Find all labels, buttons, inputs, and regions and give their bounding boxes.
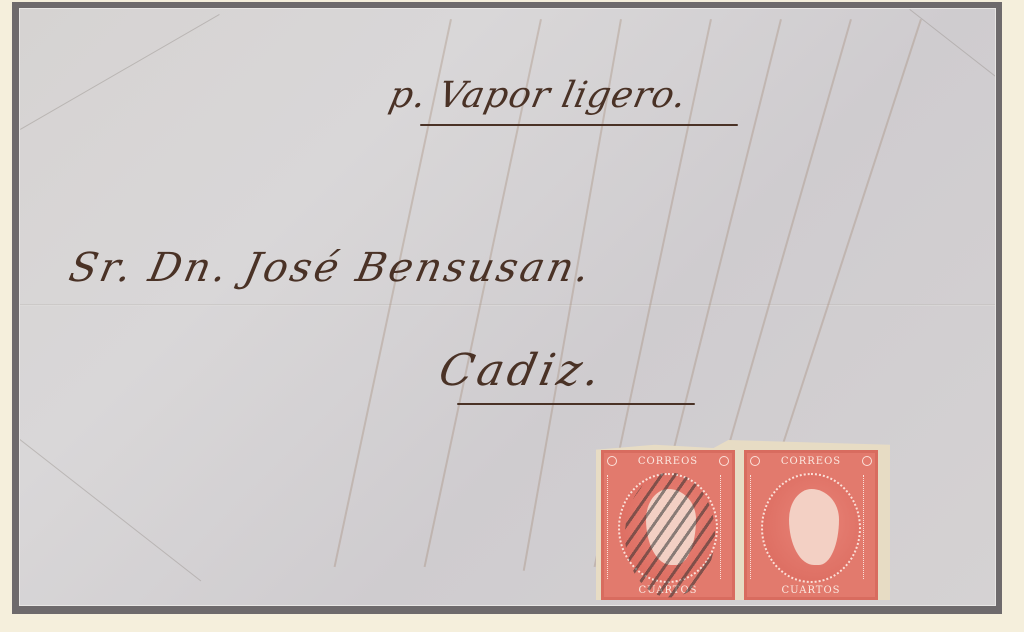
fold-crease-bottom-left [19, 439, 201, 581]
stamp-corner-ornament [607, 456, 617, 466]
stamp-corner-ornament [862, 456, 872, 466]
fold-crease-horizontal [20, 304, 995, 306]
routing-underline [420, 124, 738, 126]
stamp-corner-ornament [750, 456, 760, 466]
stamp-side-border [607, 475, 616, 579]
destination-city: Cadiz. [435, 345, 609, 396]
postage-stamp: CORREOS CUARTOS [744, 450, 878, 600]
stamp-bottom-label: CUARTOS [747, 585, 875, 596]
routing-instruction: p. Vapor ligero. [386, 75, 691, 116]
stamp-side-border [863, 475, 872, 579]
destination-underline [457, 403, 695, 405]
queen-portrait-icon [789, 489, 839, 565]
stamp-medallion [761, 473, 861, 583]
stamp-side-border [720, 475, 729, 579]
fold-crease-top-right [909, 9, 996, 102]
stamp-side-border [750, 475, 759, 579]
stamp-top-label: CORREOS [604, 456, 732, 467]
addressee-name: Sr. Dn. José Bensusan. [65, 245, 597, 291]
stamp-top-label: CORREOS [747, 456, 875, 467]
stamp-corner-ornament [719, 456, 729, 466]
fold-crease-top-left [20, 14, 220, 130]
